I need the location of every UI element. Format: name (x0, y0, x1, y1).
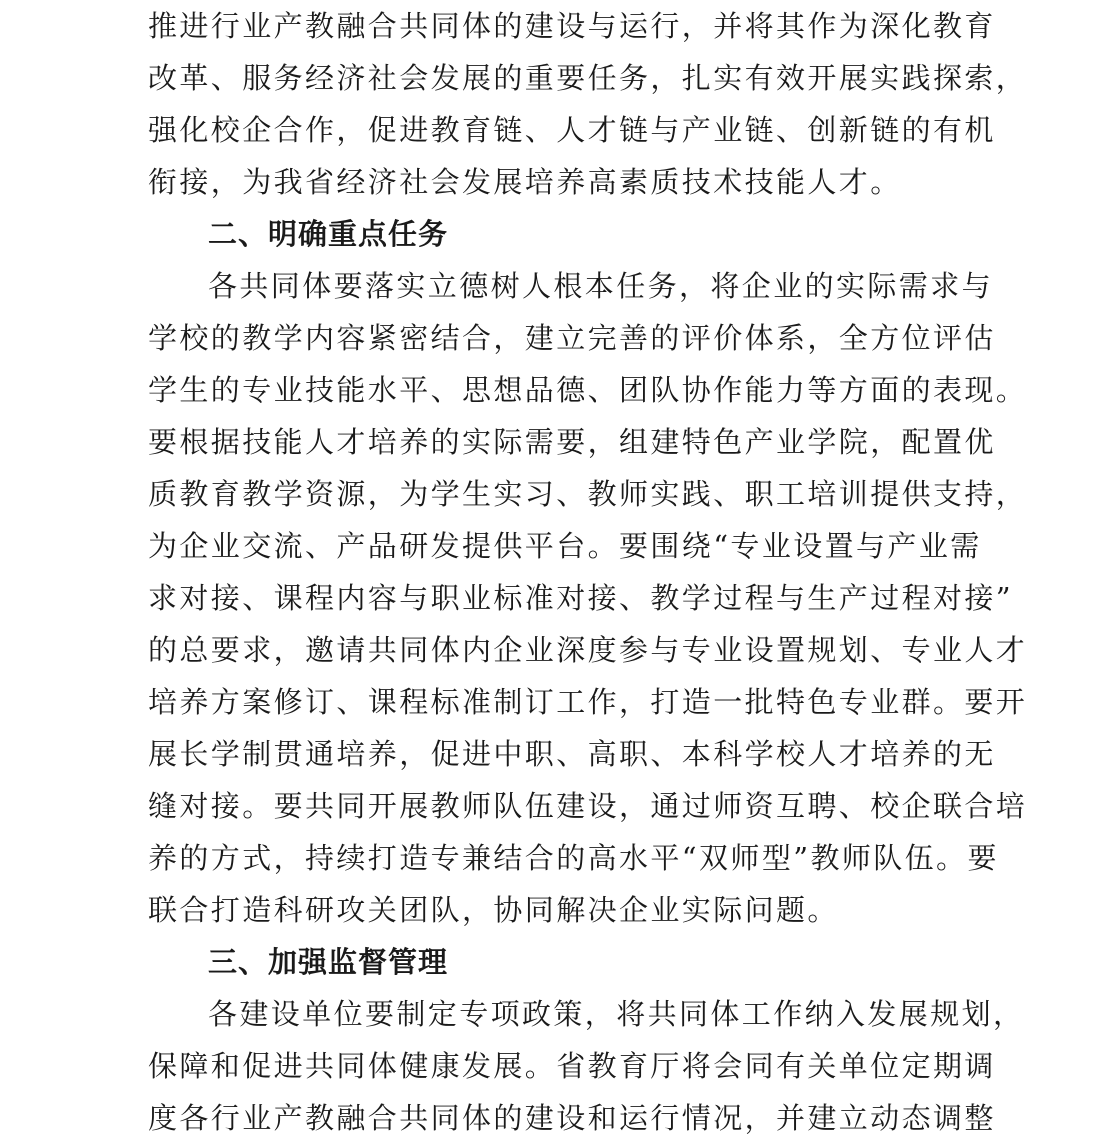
text-line: 联合打造科研攻关团队，协同解决企业实际问题。 (148, 884, 960, 936)
text-line: 改革、服务经济社会发展的重要任务，扎实有效开展实践探索， (148, 52, 960, 104)
section-heading-key-tasks: 二、明确重点任务 (148, 208, 960, 260)
text-line: 学生的专业技能水平、思想品德、团队协作能力等方面的表现。 (148, 364, 960, 416)
text-line: 培养方案修订、课程标准制订工作，打造一批特色专业群。要开 (148, 676, 960, 728)
text-line: 为企业交流、产品研发提供平台。要围绕“专业设置与产业需 (148, 520, 960, 572)
text-line: 保障和促进共同体健康发展。省教育厅将会同有关单位定期调 (148, 1040, 960, 1092)
text-line: 养的方式，持续打造专兼结合的高水平“双师型”教师队伍。要 (148, 832, 960, 884)
text-line: 要根据技能人才培养的实际需要，组建特色产业学院，配置优 (148, 416, 960, 468)
paragraph-continuation: 推进行业产教融合共同体的建设与运行，并将其作为深化教育 改革、服务经济社会发展的… (148, 0, 960, 208)
text-line: 求对接、课程内容与职业标准对接、教学过程与生产过程对接” (148, 572, 960, 624)
paragraph-supervision: 各建设单位要制定专项政策，将共同体工作纳入发展规划， 保障和促进共同体健康发展。… (148, 988, 960, 1139)
document-page: 推进行业产教融合共同体的建设与运行，并将其作为深化教育 改革、服务经济社会发展的… (148, 0, 960, 1139)
text-line: 缝对接。要共同开展教师队伍建设，通过师资互聘、校企联合培 (148, 780, 960, 832)
text-line: 强化校企合作，促进教育链、人才链与产业链、创新链的有机 (148, 104, 960, 156)
text-line: 各共同体要落实立德树人根本任务，将企业的实际需求与 (148, 260, 960, 312)
text-line: 的总要求，邀请共同体内企业深度参与专业设置规划、专业人才 (148, 624, 960, 676)
text-line: 质教育教学资源，为学生实习、教师实践、职工培训提供支持， (148, 468, 960, 520)
text-line: 展长学制贯通培养，促进中职、高职、本科学校人才培养的无 (148, 728, 960, 780)
text-line: 衔接，为我省经济社会发展培养高素质技术技能人才。 (148, 156, 960, 208)
section-heading-supervision: 三、加强监督管理 (148, 936, 960, 988)
text-line: 学校的教学内容紧密结合，建立完善的评价体系，全方位评估 (148, 312, 960, 364)
paragraph-key-tasks: 各共同体要落实立德树人根本任务，将企业的实际需求与 学校的教学内容紧密结合，建立… (148, 260, 960, 936)
text-line: 推进行业产教融合共同体的建设与运行，并将其作为深化教育 (148, 0, 960, 52)
text-line: 各建设单位要制定专项政策，将共同体工作纳入发展规划， (148, 988, 960, 1040)
text-line: 度各行业产教融合共同体的建设和运行情况，并建立动态调整 (148, 1092, 960, 1139)
